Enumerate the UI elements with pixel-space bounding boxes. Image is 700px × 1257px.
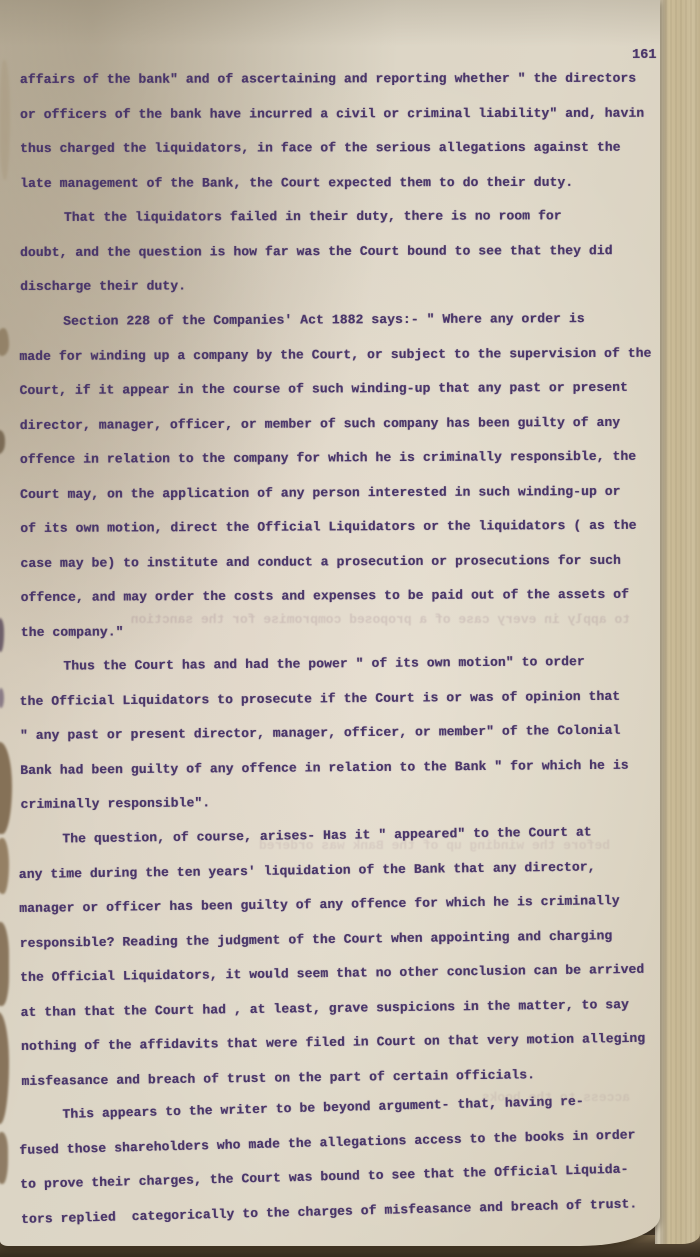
text-line: doubt, and the question is how far was t… xyxy=(20,243,645,280)
left-edge-shade xyxy=(0,60,10,180)
document-page: 161 affairs of the bank" and of ascertai… xyxy=(0,0,660,1246)
text-line: case may be) to institute and conduct a … xyxy=(20,552,645,590)
typewritten-text-block: affairs of the bank" and of ascertaining… xyxy=(20,72,645,1247)
paragraph: Thus the Court has and had the power " o… xyxy=(19,654,645,832)
paragraph: This appears to the writer to be beyond … xyxy=(18,1093,646,1247)
page-number: 161 xyxy=(632,48,656,63)
left-edge-stain xyxy=(0,838,9,894)
text-line: " any past or present director, manager,… xyxy=(20,723,645,763)
paragraph: Section 228 of the Companies' Act 1882 s… xyxy=(19,311,646,660)
paragraph: That the liquidators failed in their dut… xyxy=(20,208,645,314)
text-line: That the liquidators failed in their dut… xyxy=(20,208,645,245)
text-line: thus charged the liquidators, in face of… xyxy=(20,140,645,176)
left-edge-stain xyxy=(0,430,5,454)
right-page-edge xyxy=(655,0,700,1244)
text-line: affairs of the bank" and of ascertaining… xyxy=(20,71,645,107)
text-line: discharge their duty. xyxy=(20,277,645,314)
text-line: director, manager, officer, or member of… xyxy=(20,414,645,452)
text-line: late management of the Bank, the Court e… xyxy=(20,174,645,210)
text-line: offence in relation to the company for w… xyxy=(20,449,645,487)
left-edge-ink-mark xyxy=(0,688,4,708)
text-line: or officers of the bank have incurred a … xyxy=(20,105,645,141)
text-line: made for winding up a company by the Cou… xyxy=(19,345,644,383)
left-edge-ink-mark xyxy=(0,618,4,652)
paragraph: affairs of the bank" and of ascertaining… xyxy=(20,71,645,210)
left-edge-stain xyxy=(0,1012,9,1124)
left-edge-stain xyxy=(0,328,9,356)
left-edge-stain xyxy=(0,742,12,834)
text-line: Section 228 of the Companies' Act 1882 s… xyxy=(19,311,644,349)
left-edge-stain xyxy=(0,1132,8,1184)
bleedthrough-text: access to the books xyxy=(330,1090,630,1105)
text-line: Bank had been guilty of any offence in r… xyxy=(20,757,645,797)
text-line: Court may, on the application of any per… xyxy=(20,483,645,521)
text-line: Thus the Court has and had the power " o… xyxy=(19,654,644,694)
text-line: of its own motion, direct the Official L… xyxy=(20,518,645,556)
bleedthrough-text: before the winding up of the Bank was or… xyxy=(150,838,610,853)
bleedthrough-text: to apply in every case of a proposed com… xyxy=(70,612,630,627)
text-line: the Official Liquidators to prosecute if… xyxy=(20,688,645,728)
text-line: Court, if it appear in the course of suc… xyxy=(19,380,644,418)
page-top-shade xyxy=(0,0,660,46)
paragraph: The question, of course, arises- Has it … xyxy=(18,824,647,1109)
left-edge-stain xyxy=(0,922,9,1006)
